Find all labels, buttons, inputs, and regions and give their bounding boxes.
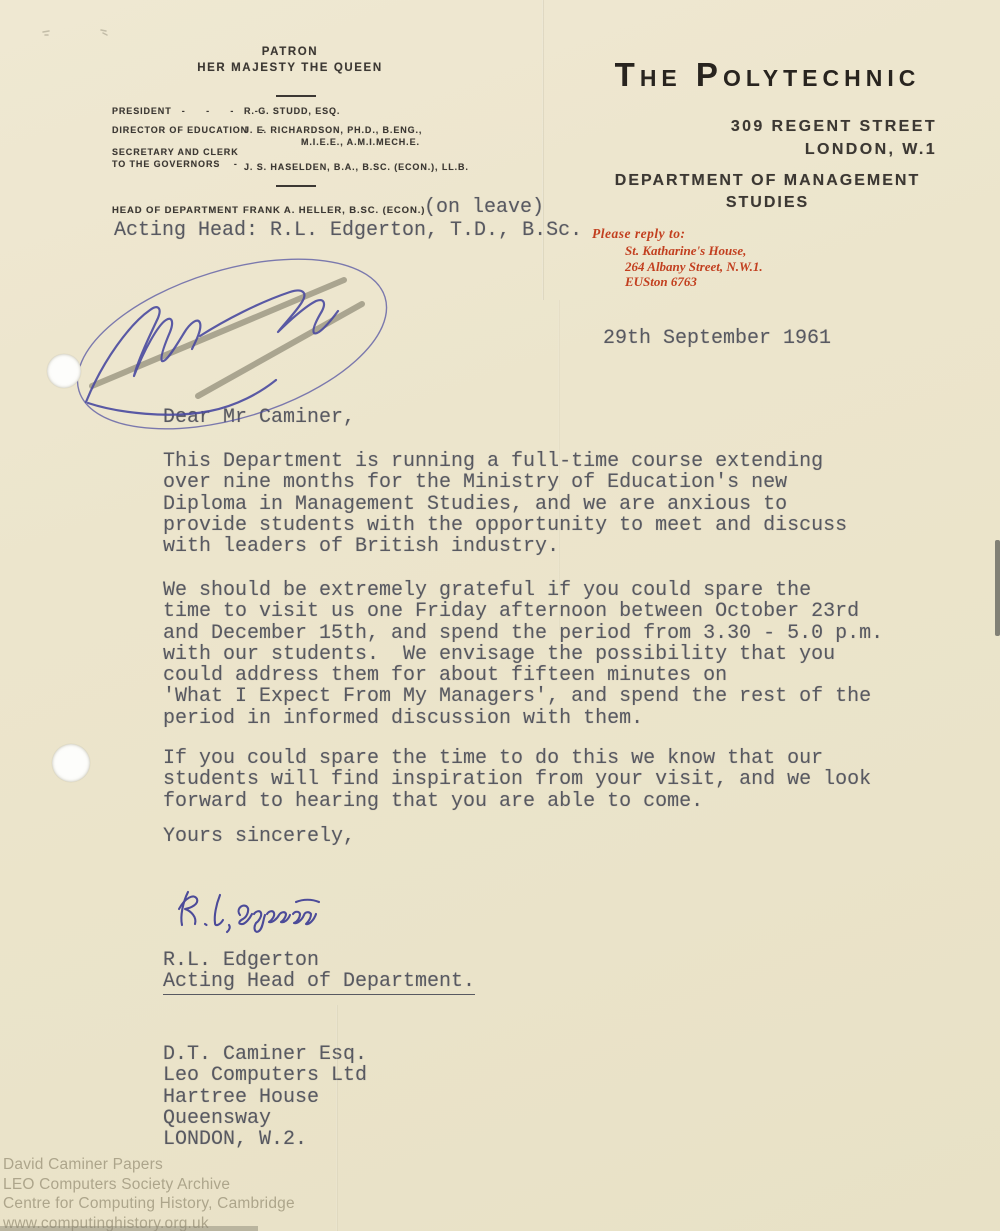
paragraph-2: We should be extremely grateful if you c…	[163, 580, 883, 729]
head-of-department-name: FRANK A. HELLER, B.SC. (ECON.)	[243, 205, 425, 216]
letterhead-divider-bottom	[276, 185, 316, 187]
scan-edge-mark-right	[995, 540, 1000, 636]
circled-handwritten-note	[48, 240, 398, 450]
fold-crease-bottom	[336, 1005, 338, 1231]
faint-pencil-marks	[35, 24, 125, 40]
head-of-department-label: HEAD OF DEPARTMENT	[112, 205, 239, 216]
acting-head-line: Acting Head: R.L. Edgerton, T.D., B.Sc.	[114, 220, 582, 241]
letter-date: 29th September 1961	[603, 328, 831, 349]
secretary-name: J. S. HASELDEN, B.A., B.SC. (ECON.), LL.…	[244, 162, 469, 172]
letterhead-divider-top	[276, 95, 316, 97]
head-on-leave-note: (on leave)	[424, 197, 544, 218]
org-street: 309 REGENT STREET	[655, 118, 937, 136]
typed-signatory-name: R.L. Edgerton	[163, 950, 319, 971]
secretary-label-line1: SECRETARY AND CLERK	[112, 147, 239, 157]
typed-signatory-title: Acting Head of Department.	[163, 971, 475, 992]
signatory-title-text: Acting Head of Department.	[163, 970, 475, 995]
hole-punch-bottom	[52, 744, 90, 782]
patron-label: PATRON	[190, 46, 390, 58]
president-label: PRESIDENT - - - -	[112, 106, 259, 116]
president-name: R. G. STUDD, ESQ.	[244, 106, 340, 116]
scan-edge-mark-bottom-left	[0, 1226, 258, 1231]
patron-name: HER MAJESTY THE QUEEN	[150, 62, 430, 74]
fold-crease-middle	[558, 300, 560, 630]
reply-stamp-address: St. Katharine's House, 264 Albany Street…	[625, 243, 763, 290]
hole-punch-top	[47, 354, 81, 388]
paragraph-1: This Department is running a full-time c…	[163, 451, 847, 557]
director-name-line2: M.I.E.E., A.M.I.MECH.E.	[301, 137, 420, 147]
organisation-name: The Polytechnic	[595, 56, 940, 94]
reply-stamp-intro: Please reply to:	[592, 226, 685, 242]
director-label: DIRECTOR OF EDUCATION -	[112, 125, 266, 135]
org-city: LONDON, W.1	[655, 141, 937, 159]
handwritten-signature	[172, 878, 342, 940]
paragraph-3: If you could spare the time to do this w…	[163, 748, 871, 812]
archive-watermark: David Caminer Papers LEO Computers Socie…	[3, 1155, 295, 1231]
department-line1: DEPARTMENT OF MANAGEMENT	[595, 172, 940, 190]
closing: Yours sincerely,	[163, 826, 355, 847]
director-name-line1: J. E. RICHARDSON, PH.D., B.ENG.,	[244, 125, 422, 135]
fold-crease-top	[542, 0, 544, 300]
department-line2: STUDIES	[595, 194, 940, 212]
scanned-letter-page: PATRON HER MAJESTY THE QUEEN PRESIDENT -…	[0, 0, 1000, 1231]
secretary-label-line2: TO THE GOVERNORS -	[112, 159, 238, 169]
